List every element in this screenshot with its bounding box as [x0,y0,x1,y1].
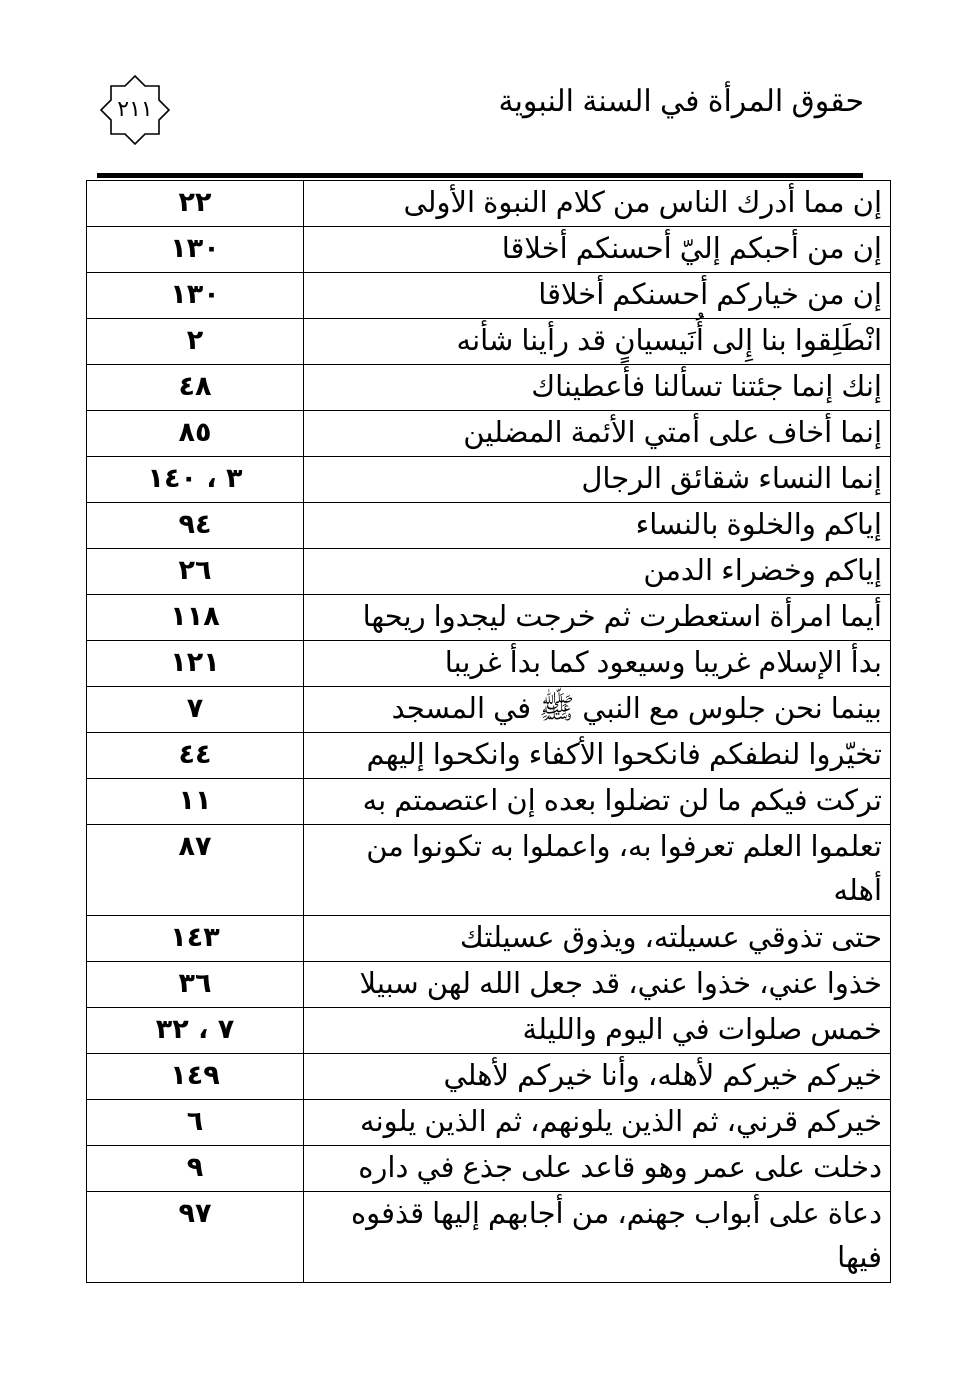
hadith-text: إياكم وخضراء الدمن [304,549,891,595]
table-row: دعاة على أبواب جهنم، من أجابهم إليها قذف… [87,1192,891,1283]
hadith-text: أيما امرأة استعطرت ثم خرجت ليجدوا ريحها [304,595,891,641]
hadith-text: انْطَلِقوا بنا إِلى أُنَيسيانٍ قد رأينا … [304,319,891,365]
hadith-text: إنما أخاف على أمتي الأئمة المضلين [304,411,891,457]
page-reference: ٩٤ [87,503,304,549]
hadith-text: إن من خياركم أحسنكم أخلاقا [304,273,891,319]
hadith-text: خيركم قرني، ثم الذين يلونهم، ثم الذين يل… [304,1100,891,1146]
hadith-text: إن مما أدرك الناس من كلام النبوة الأولى [304,181,891,227]
page-reference: ٦ [87,1100,304,1146]
page-reference: ٢ [87,319,304,365]
page-reference: ٤٤ [87,733,304,779]
page-reference: ١٣٠ [87,273,304,319]
table-row: تركت فيكم ما لن تضلوا بعده إن اعتصمتم به… [87,779,891,825]
table-row: خمس صلوات في اليوم والليلة ٧ ، ٣٢ [87,1008,891,1054]
table-row: إنما النساء شقائق الرجال ٣ ، ١٤٠ [87,457,891,503]
table-row: إياكم وخضراء الدمن ٢٦ [87,549,891,595]
hadith-text: خمس صلوات في اليوم والليلة [304,1008,891,1054]
hadith-text: تخيّروا لنطفكم فانكحوا الأكفاء وانكحوا إ… [304,733,891,779]
page-reference: ٨٧ [87,825,304,916]
page-reference: ٧ [87,687,304,733]
table-row: إن من خياركم أحسنكم أخلاقا ١٣٠ [87,273,891,319]
page-reference: ٢٦ [87,549,304,595]
page-reference: ١١٨ [87,595,304,641]
page-reference: ١٤٣ [87,916,304,962]
hadith-index-table: إن مما أدرك الناس من كلام النبوة الأولى … [86,180,891,1283]
header-divider [97,173,863,178]
page-number-badge: ٢١١ [99,74,171,146]
table-row: إن من أحبكم إليّ أحسنكم أخلاقا ١٣٠ [87,227,891,273]
page-reference: ١٣٠ [87,227,304,273]
hadith-text: دعاة على أبواب جهنم، من أجابهم إليها قذف… [304,1192,891,1283]
table-row: دخلت على عمر وهو قاعد على جذع في داره ٩ [87,1146,891,1192]
table-row: انْطَلِقوا بنا إِلى أُنَيسيانٍ قد رأينا … [87,319,891,365]
page-reference: ٩ [87,1146,304,1192]
table-row: خذوا عني، خذوا عني، قد جعل الله لهن سبيل… [87,962,891,1008]
table-row: حتى تذوقي عسيلته، ويذوق عسيلتك ١٤٣ [87,916,891,962]
hadith-text: تعلموا العلم تعرفوا به، واعملوا به تكونو… [304,825,891,916]
hadith-text: إياكم والخلوة بالنساء [304,503,891,549]
hadith-text: بدأ الإسلام غريبا وسيعود كما بدأ غريبا [304,641,891,687]
table-row: خيركم قرني، ثم الذين يلونهم، ثم الذين يل… [87,1100,891,1146]
hadith-text: إنما النساء شقائق الرجال [304,457,891,503]
page-reference: ٢٢ [87,181,304,227]
hadith-text: إنك إنما جئتنا تسألنا فأعطيناك [304,365,891,411]
table-row: إنما أخاف على أمتي الأئمة المضلين ٨٥ [87,411,891,457]
table-row: إنك إنما جئتنا تسألنا فأعطيناك ٤٨ [87,365,891,411]
table-row: تخيّروا لنطفكم فانكحوا الأكفاء وانكحوا إ… [87,733,891,779]
table-row: بدأ الإسلام غريبا وسيعود كما بدأ غريبا ١… [87,641,891,687]
page-reference: ٧ ، ٣٢ [87,1008,304,1054]
page-reference: ١٤٩ [87,1054,304,1100]
page-number: ٢١١ [99,74,171,146]
hadith-text: خذوا عني، خذوا عني، قد جعل الله لهن سبيل… [304,962,891,1008]
hadith-text: حتى تذوقي عسيلته، ويذوق عسيلتك [304,916,891,962]
page-reference: ٣٦ [87,962,304,1008]
table-row: خيركم خيركم لأهله، وأنا خيركم لأهلي ١٤٩ [87,1054,891,1100]
page-reference: ٣ ، ١٤٠ [87,457,304,503]
page-reference: ٩٧ [87,1192,304,1283]
table-row: أيما امرأة استعطرت ثم خرجت ليجدوا ريحها … [87,595,891,641]
hadith-text: تركت فيكم ما لن تضلوا بعده إن اعتصمتم به [304,779,891,825]
hadith-text: خيركم خيركم لأهله، وأنا خيركم لأهلي [304,1054,891,1100]
page-reference: ١١ [87,779,304,825]
table-row: إن مما أدرك الناس من كلام النبوة الأولى … [87,181,891,227]
hadith-text: إن من أحبكم إليّ أحسنكم أخلاقا [304,227,891,273]
page-header: حقوق المرأة في السنة النبوية ٢١١ [0,0,961,180]
page-reference: ٤٨ [87,365,304,411]
table-row: بينما نحن جلوس مع النبي ﷺ في المسجد ٧ [87,687,891,733]
hadith-text: دخلت على عمر وهو قاعد على جذع في داره [304,1146,891,1192]
table-row: تعلموا العلم تعرفوا به، واعملوا به تكونو… [87,825,891,916]
book-title: حقوق المرأة في السنة النبوية [499,84,865,120]
page-reference: ١٢١ [87,641,304,687]
hadith-text: بينما نحن جلوس مع النبي ﷺ في المسجد [304,687,891,733]
page-reference: ٨٥ [87,411,304,457]
table-row: إياكم والخلوة بالنساء ٩٤ [87,503,891,549]
